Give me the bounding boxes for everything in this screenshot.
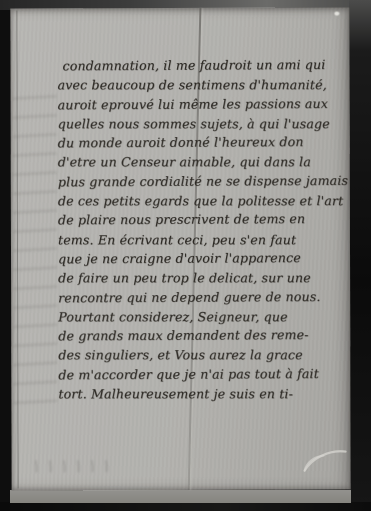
- scan-border-right: [349, 0, 371, 511]
- letter-line: du monde auroit donné l'heureux don: [58, 132, 352, 153]
- letter-line: de m'accorder que je n'ai pas tout à fai…: [58, 364, 352, 385]
- letter-line: des singuliers, et Vous aurez la grace: [58, 346, 352, 365]
- ink-showthrough-marks: [13, 86, 58, 416]
- paper-page: condamnation, il me faudroit un ami qui …: [10, 8, 350, 491]
- letter-line: de faire un peu trop le delicat, sur une: [58, 268, 352, 287]
- page-fold-strip: [10, 490, 351, 503]
- letter-text: condamnation, il me faudroit un ami qui …: [57, 56, 352, 404]
- letter-line: auroit eprouvé lui même les passions aux: [58, 93, 352, 114]
- letter-line: quelles nous sommes sujets, à qui l'usag…: [58, 114, 352, 133]
- smudge-mark: [30, 460, 108, 472]
- scanned-letter-page: condamnation, il me faudroit un ami qui …: [0, 0, 371, 511]
- letter-line: de grands maux demandent des reme-: [58, 325, 352, 346]
- scan-border-bottom: [0, 502, 371, 511]
- letter-line: avec beaucoup de sentimens d'humanité,: [58, 75, 352, 94]
- letter-line: condamnation, il me faudroit un ami qui: [57, 55, 351, 76]
- letter-line: rencontre qui ne depend guere de nous.: [58, 286, 352, 307]
- letter-line: que je ne craigne d'avoir l'apparence: [58, 248, 352, 269]
- letter-line: tort. Malheureusement je suis en ti-: [58, 384, 352, 403]
- letter-line: Pourtant considerez, Seigneur, que: [58, 307, 352, 326]
- paper-speck: [334, 12, 339, 16]
- letter-line: de ces petits egards que la politesse et…: [58, 191, 352, 210]
- letter-line: d'etre un Censeur aimable, qui dans la: [58, 153, 352, 172]
- letter-line: plus grande cordialité ne se dispense ja…: [58, 171, 352, 192]
- flourish-mark: [279, 432, 351, 478]
- letter-line: de plaire nous prescrivent de tems en: [58, 209, 352, 230]
- letter-line: tems. En écrivant ceci, peu s'en faut: [58, 230, 352, 249]
